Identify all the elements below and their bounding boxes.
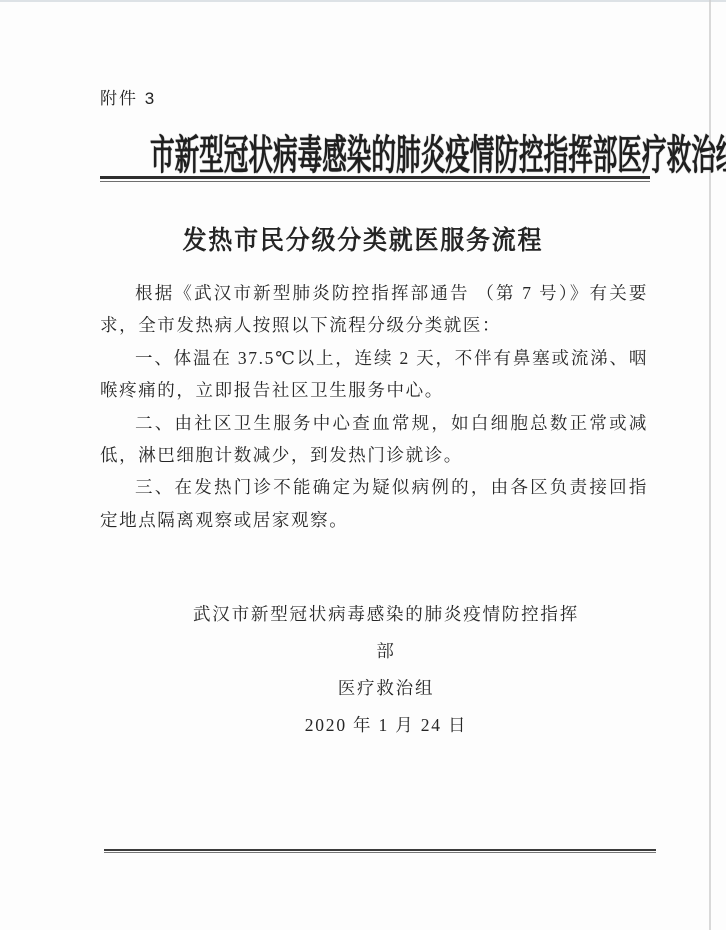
scanned-document-page: 附件 3 市新型冠状病毒感染的肺炎疫情防控指挥部医疗救治组 发热市民分级分类就医… [0, 0, 726, 930]
paragraph-intro: 根据《武汉市新型肺炎防控指挥部通告 （第 7 号）》有关要求，全市发热病人按照以… [100, 277, 648, 342]
paragraph-item-2: 二、由社区卫生服务中心查血常规，如白细胞总数正常或减低，淋巴细胞计数减少，到发热… [100, 407, 648, 472]
paragraph-item-1: 一、体温在 37.5℃以上，连续 2 天，不伴有鼻塞或流涕、咽喉疼痛的，立即报告… [100, 342, 648, 407]
document-title: 发热市民分级分类就医服务流程 [87, 220, 639, 257]
document-body: 根据《武汉市新型肺炎防控指挥部通告 （第 7 号）》有关要求，全市发热病人按照以… [100, 277, 648, 536]
scan-edge-top [0, 0, 726, 2]
header-double-rule [100, 176, 650, 182]
header-org-title: 市新型冠状病毒感染的肺炎疫情防控指挥部医疗救治组 [150, 122, 586, 181]
attachment-label: 附件 3 [100, 84, 156, 109]
signature-date: 2020 年 1 月 24 日 [186, 707, 586, 744]
footer-rule [104, 849, 656, 853]
signature-org-line2: 医疗救治组 [186, 670, 586, 707]
paragraph-item-3: 三、在发热门诊不能确定为疑似病例的，由各区负责接回指定地点隔离观察或居家观察。 [100, 471, 648, 536]
signature-block: 武汉市新型冠状病毒感染的肺炎疫情防控指挥部 医疗救治组 2020 年 1 月 2… [186, 596, 586, 744]
signature-org-line1: 武汉市新型冠状病毒感染的肺炎疫情防控指挥部 [186, 596, 586, 670]
